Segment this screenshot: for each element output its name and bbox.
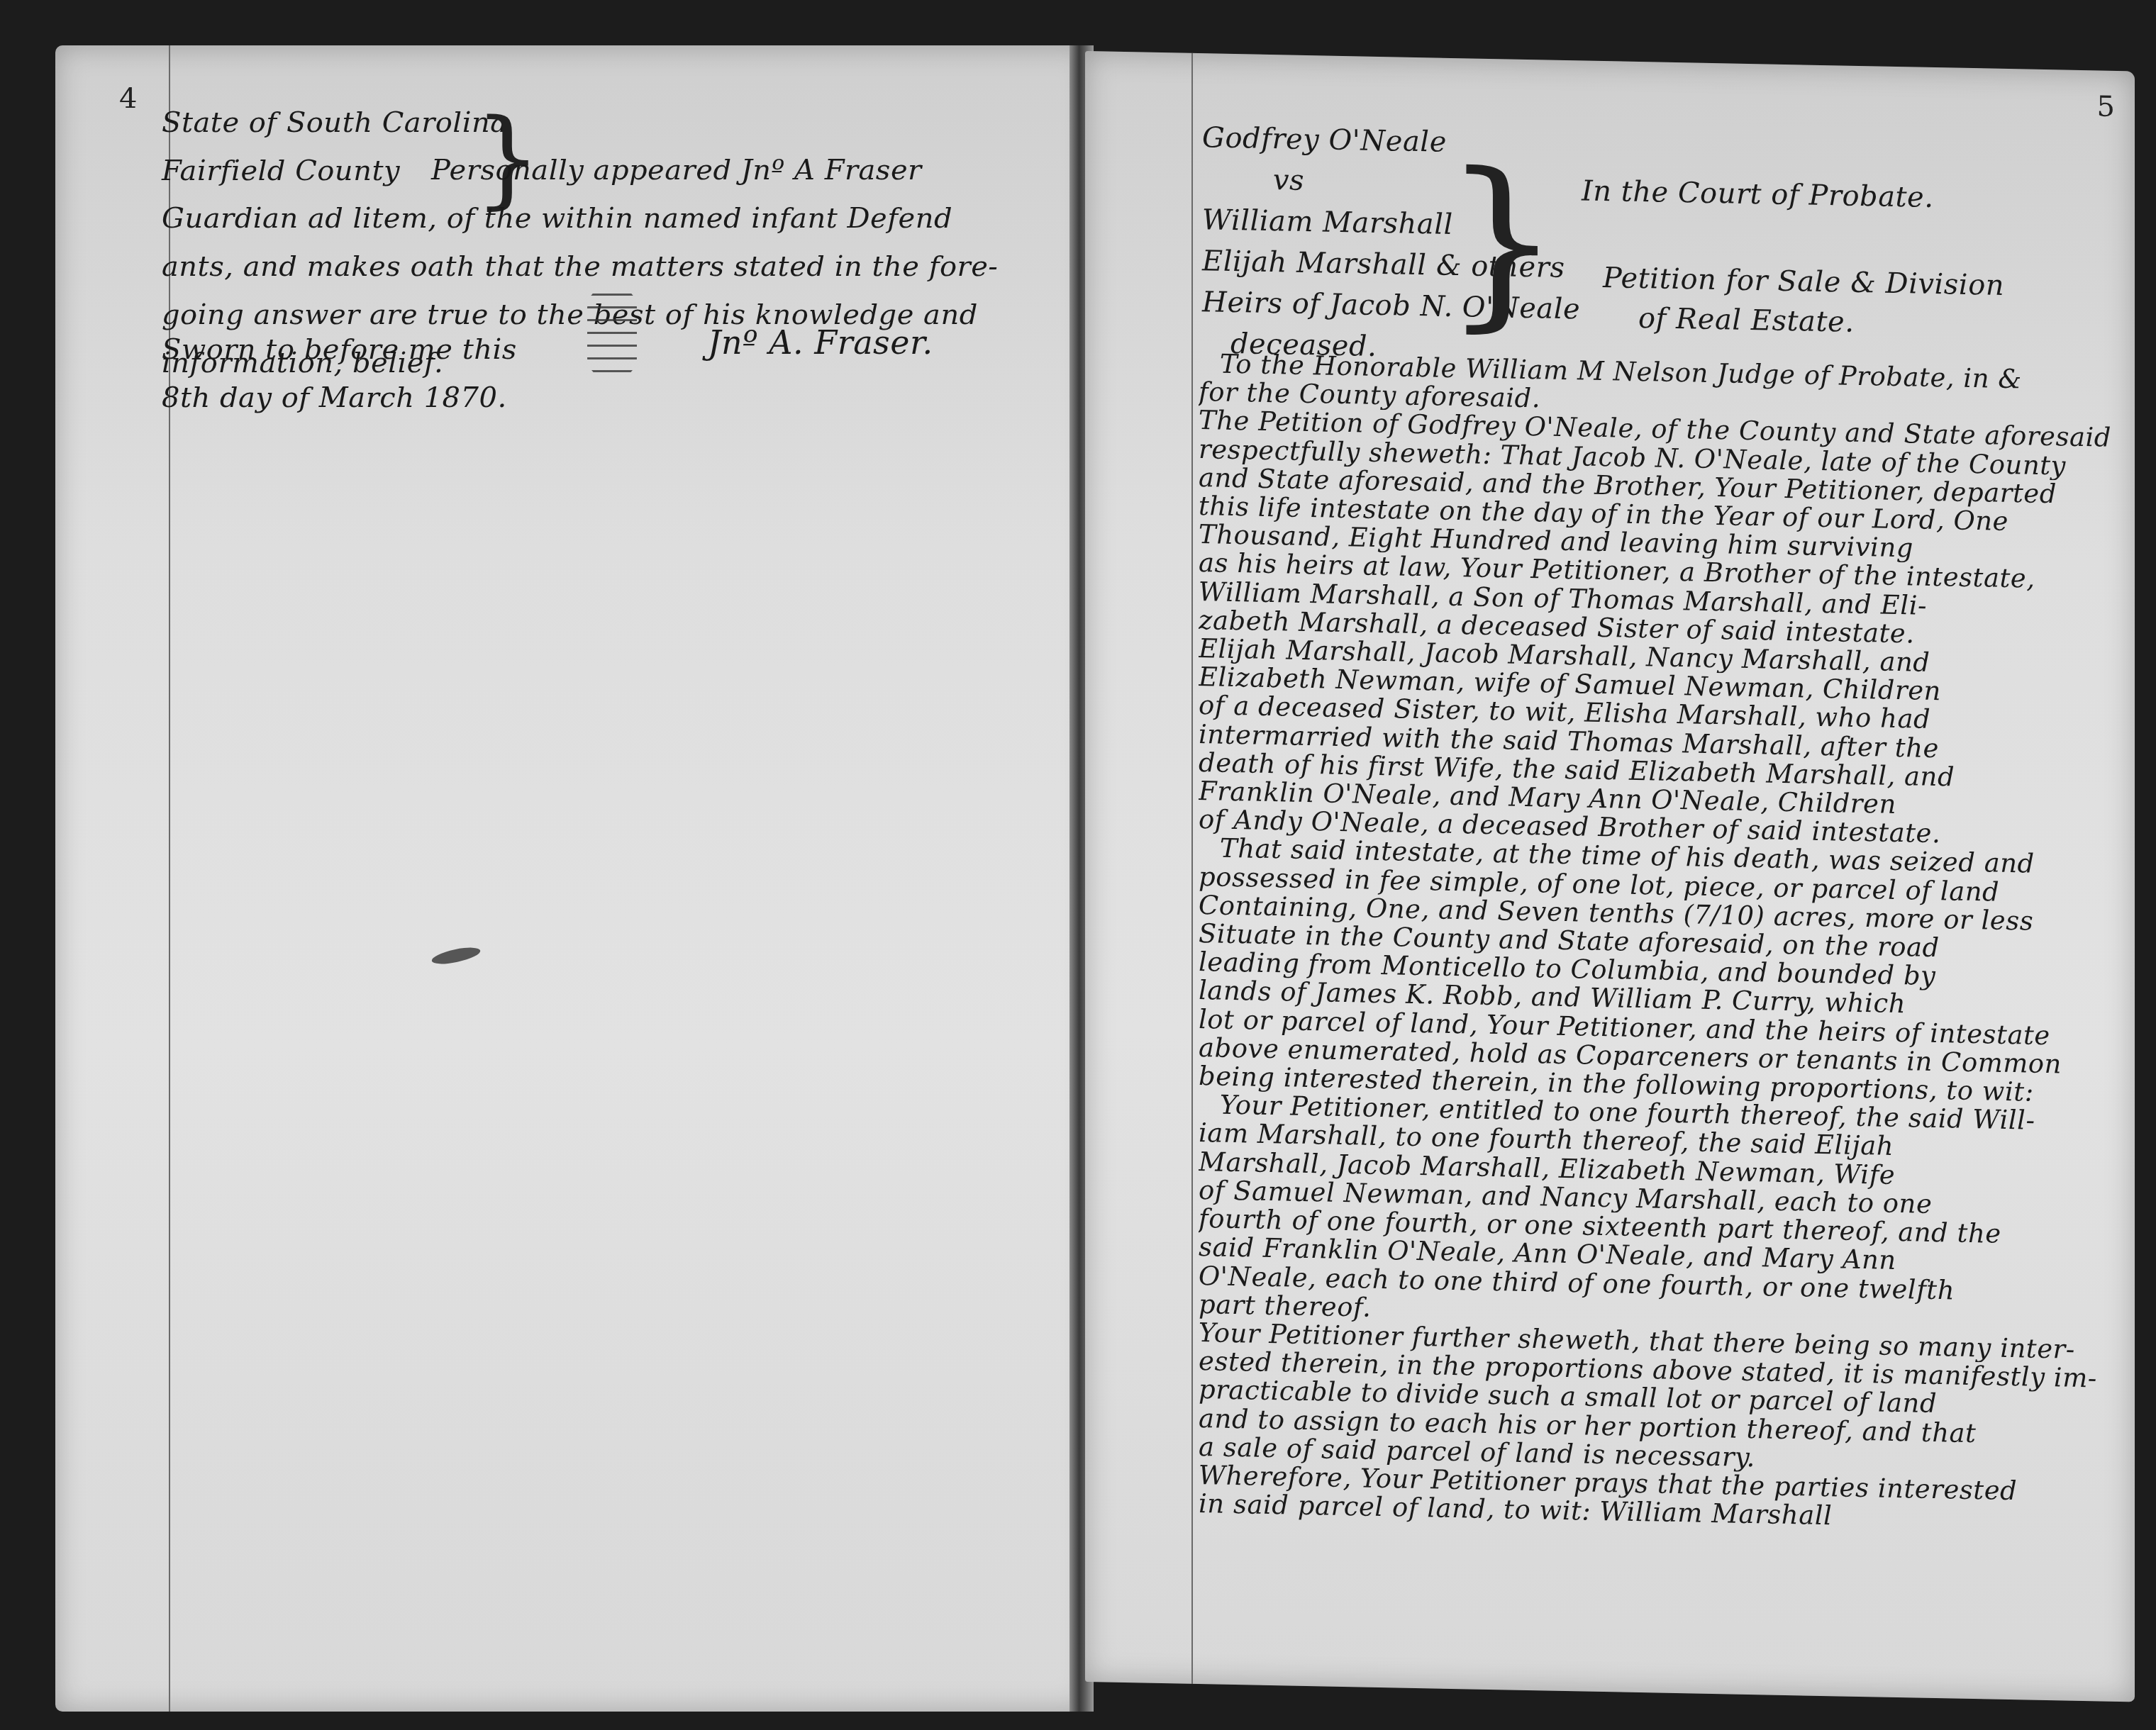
left-page: 4 State of South Carolina Fairfield Coun… xyxy=(55,45,1091,1712)
page-number-right: 5 xyxy=(2097,90,2115,123)
petition-body: To the Honorable William M Nelson Judge … xyxy=(1199,350,2113,1536)
jurat-line: Sworn to before me this xyxy=(162,325,517,374)
affidavit-line: Guardian ad litem, of the within named i… xyxy=(162,194,998,242)
affidavit-line: ants, and makes oath that the matters st… xyxy=(162,242,998,291)
court-info: In the Court of Probate. Petition for Sa… xyxy=(1582,167,2004,345)
jurat: Sworn to before me this 8th day of March… xyxy=(162,325,517,422)
court-name: In the Court of Probate. xyxy=(1582,167,2004,223)
ink-smudge xyxy=(430,944,482,967)
right-margin-rule xyxy=(1191,53,1193,1684)
affidavit-line: Personally appeared Jnº A Fraser xyxy=(162,146,998,194)
petition-type-line: of Real Estate. xyxy=(1603,298,2004,345)
jurat-line: 8th day of March 1870. xyxy=(162,374,517,422)
signature: Jnº A. Fraser. xyxy=(708,318,933,367)
right-page: 5 Godfrey O'Neale vs William Marshall El… xyxy=(1085,51,2135,1702)
seal-flourish-icon xyxy=(587,286,637,379)
venue-state: State of South Carolina xyxy=(162,99,495,147)
page-number-left: 4 xyxy=(119,82,137,115)
case-brace: } xyxy=(1443,149,1560,335)
